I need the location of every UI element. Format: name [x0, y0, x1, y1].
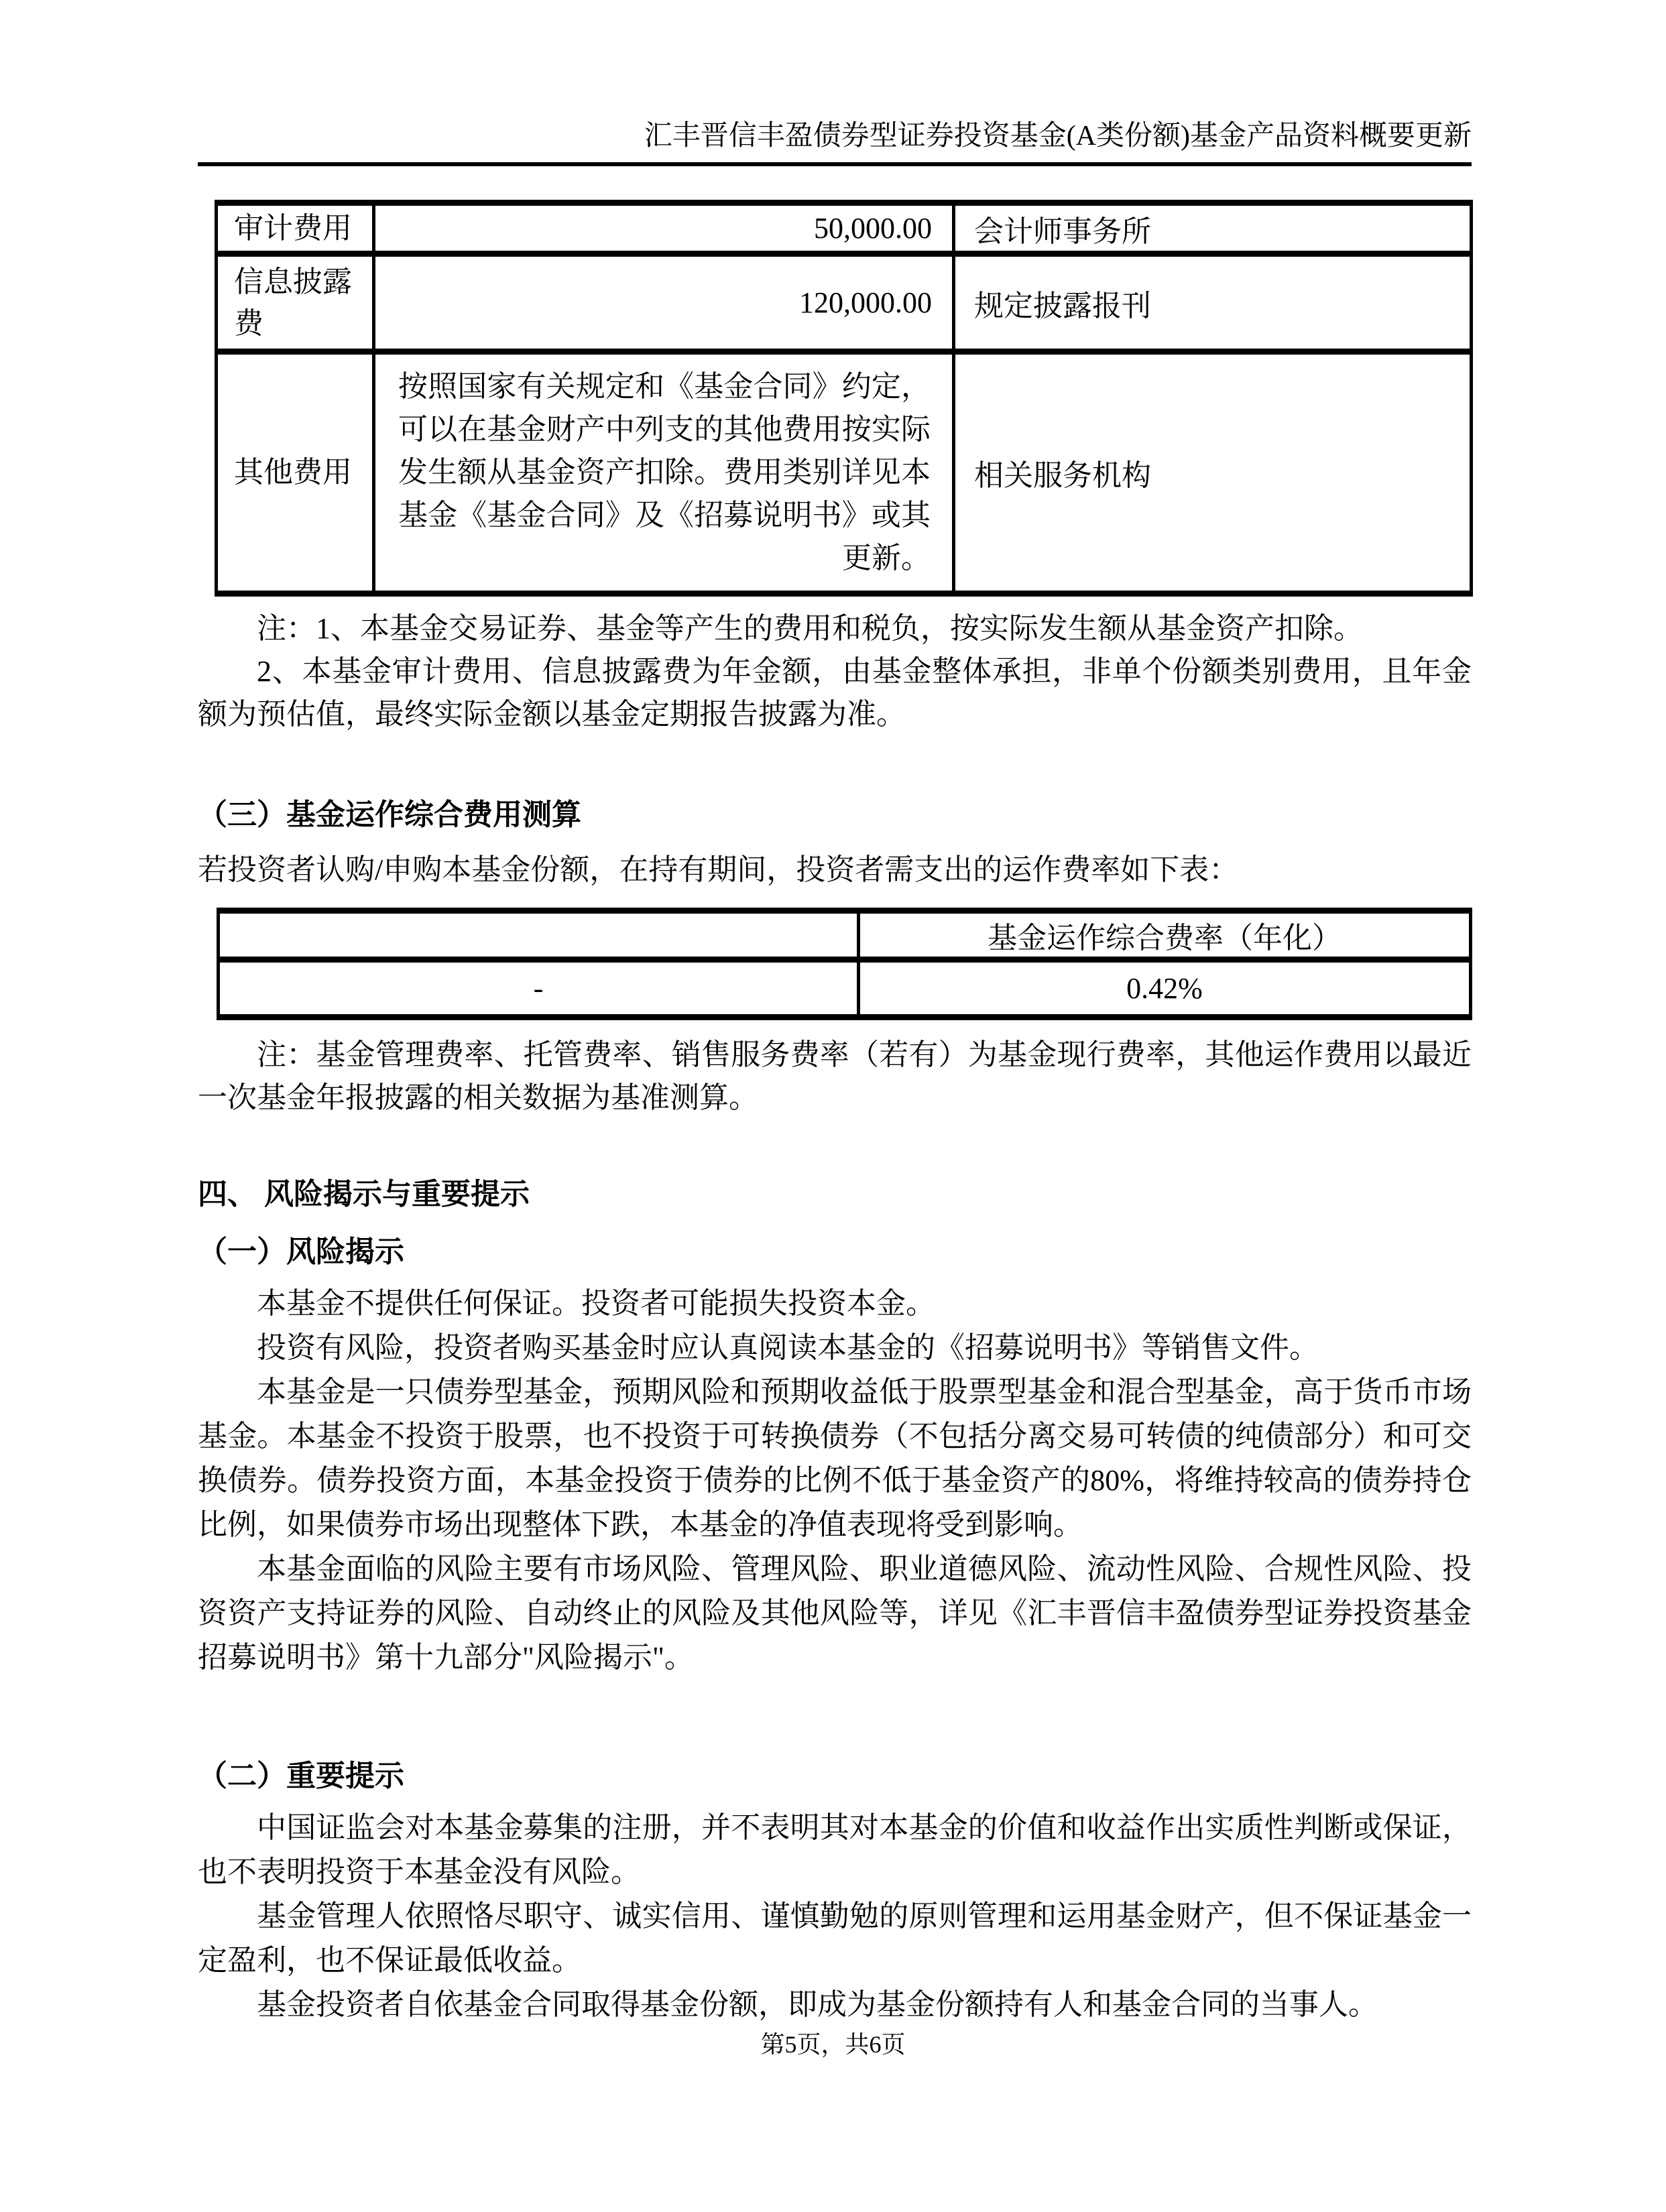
fee-payee: 会计师事务所 [954, 203, 1472, 254]
risk-paragraph: 本基金不提供任何保证。投资者可能损失投资本金。 [198, 1282, 1472, 1326]
document-page: 汇丰晋信丰盈债券型证券投资基金(A类份额)基金产品资料概要更新 审计费用 50,… [0, 0, 1666, 2212]
document-header-title: 汇丰晋信丰盈债券型证券投资基金(A类份额)基金产品资料概要更新 [198, 0, 1472, 151]
table-row: 审计费用 50,000.00 会计师事务所 [217, 203, 1472, 254]
rate-header-blank [219, 911, 859, 960]
fee-label: 信息披露费 [217, 254, 374, 352]
risk-paragraph: 本基金面临的风险主要有市场风险、管理风险、职业道德风险、流动性风险、合规性风险、… [198, 1547, 1472, 1680]
rate-row-value: 0.42% [859, 960, 1471, 1018]
risk-disclosure-heading: （一）风险揭示 [198, 1235, 1472, 1270]
table-row: 基金运作综合费率（年化） [219, 911, 1471, 960]
rate-row-label: - [219, 960, 859, 1018]
fee-amount: 50,000.00 [374, 203, 954, 254]
risk-paragraph: 本基金是一只债券型基金，预期风险和预期收益低于股票型基金和混合型基金，高于货币市… [198, 1370, 1472, 1547]
fee-label: 其他费用 [217, 352, 374, 594]
page-number: 第5页，共6页 [0, 2030, 1666, 2059]
risk-paragraph: 投资有风险，投资者购买基金时应认真阅读本基金的《招募说明书》等销售文件。 [198, 1326, 1472, 1370]
notice-paragraph: 基金投资者自依基金合同取得基金份额，即成为基金份额持有人和基金合同的当事人。 [198, 1983, 1472, 2027]
operating-rate-table: 基金运作综合费率（年化） - 0.42% [217, 908, 1472, 1020]
section3-intro: 若投资者认购/申购本基金份额，在持有期间，投资者需支出的运作费率如下表： [198, 849, 1472, 892]
fee-amount: 120,000.00 [374, 254, 954, 352]
fees-note-1: 注：1、本基金交易证券、基金等产生的费用和税负，按实际发生额从基金资产扣除。 [198, 607, 1472, 650]
document-content: 汇丰晋信丰盈债券型证券投资基金(A类份额)基金产品资料概要更新 审计费用 50,… [198, 0, 1472, 2027]
rate-table-note: 注：基金管理费率、托管费率、销售服务费率（若有）为基金现行费率，其他运作费用以最… [198, 1034, 1472, 1119]
fee-label: 审计费用 [217, 203, 374, 254]
fee-description: 按照国家有关规定和《基金合同》约定，可以在基金财产中列支的其他费用按实际发生额从… [374, 352, 954, 594]
fee-payee: 规定披露报刊 [954, 254, 1472, 352]
fee-payee: 相关服务机构 [954, 352, 1472, 594]
header-rule [198, 162, 1472, 166]
table-row: 信息披露费 120,000.00 规定披露报刊 [217, 254, 1472, 352]
fees-note-2: 2、本基金审计费用、信息披露费为年金额，由基金整体承担，非单个份额类别费用，且年… [198, 650, 1472, 736]
table-row: - 0.42% [219, 960, 1471, 1018]
section3-heading: （三）基金运作综合费用测算 [198, 798, 1472, 833]
fees-table: 审计费用 50,000.00 会计师事务所 信息披露费 120,000.00 规… [215, 200, 1473, 597]
notice-paragraph: 中国证监会对本基金募集的注册，并不表明其对本基金的价值和收益作出实质性判断或保证… [198, 1806, 1472, 1894]
section4-heading: 四、 风险揭示与重要提示 [198, 1177, 1472, 1212]
notice-paragraph: 基金管理人依照恪尽职守、诚实信用、谨慎勤勉的原则管理和运用基金财产，但不保证基金… [198, 1894, 1472, 1983]
table-row: 其他费用 按照国家有关规定和《基金合同》约定，可以在基金财产中列支的其他费用按实… [217, 352, 1472, 594]
important-notice-heading: （二）重要提示 [198, 1759, 1472, 1794]
rate-header-label: 基金运作综合费率（年化） [859, 911, 1471, 960]
